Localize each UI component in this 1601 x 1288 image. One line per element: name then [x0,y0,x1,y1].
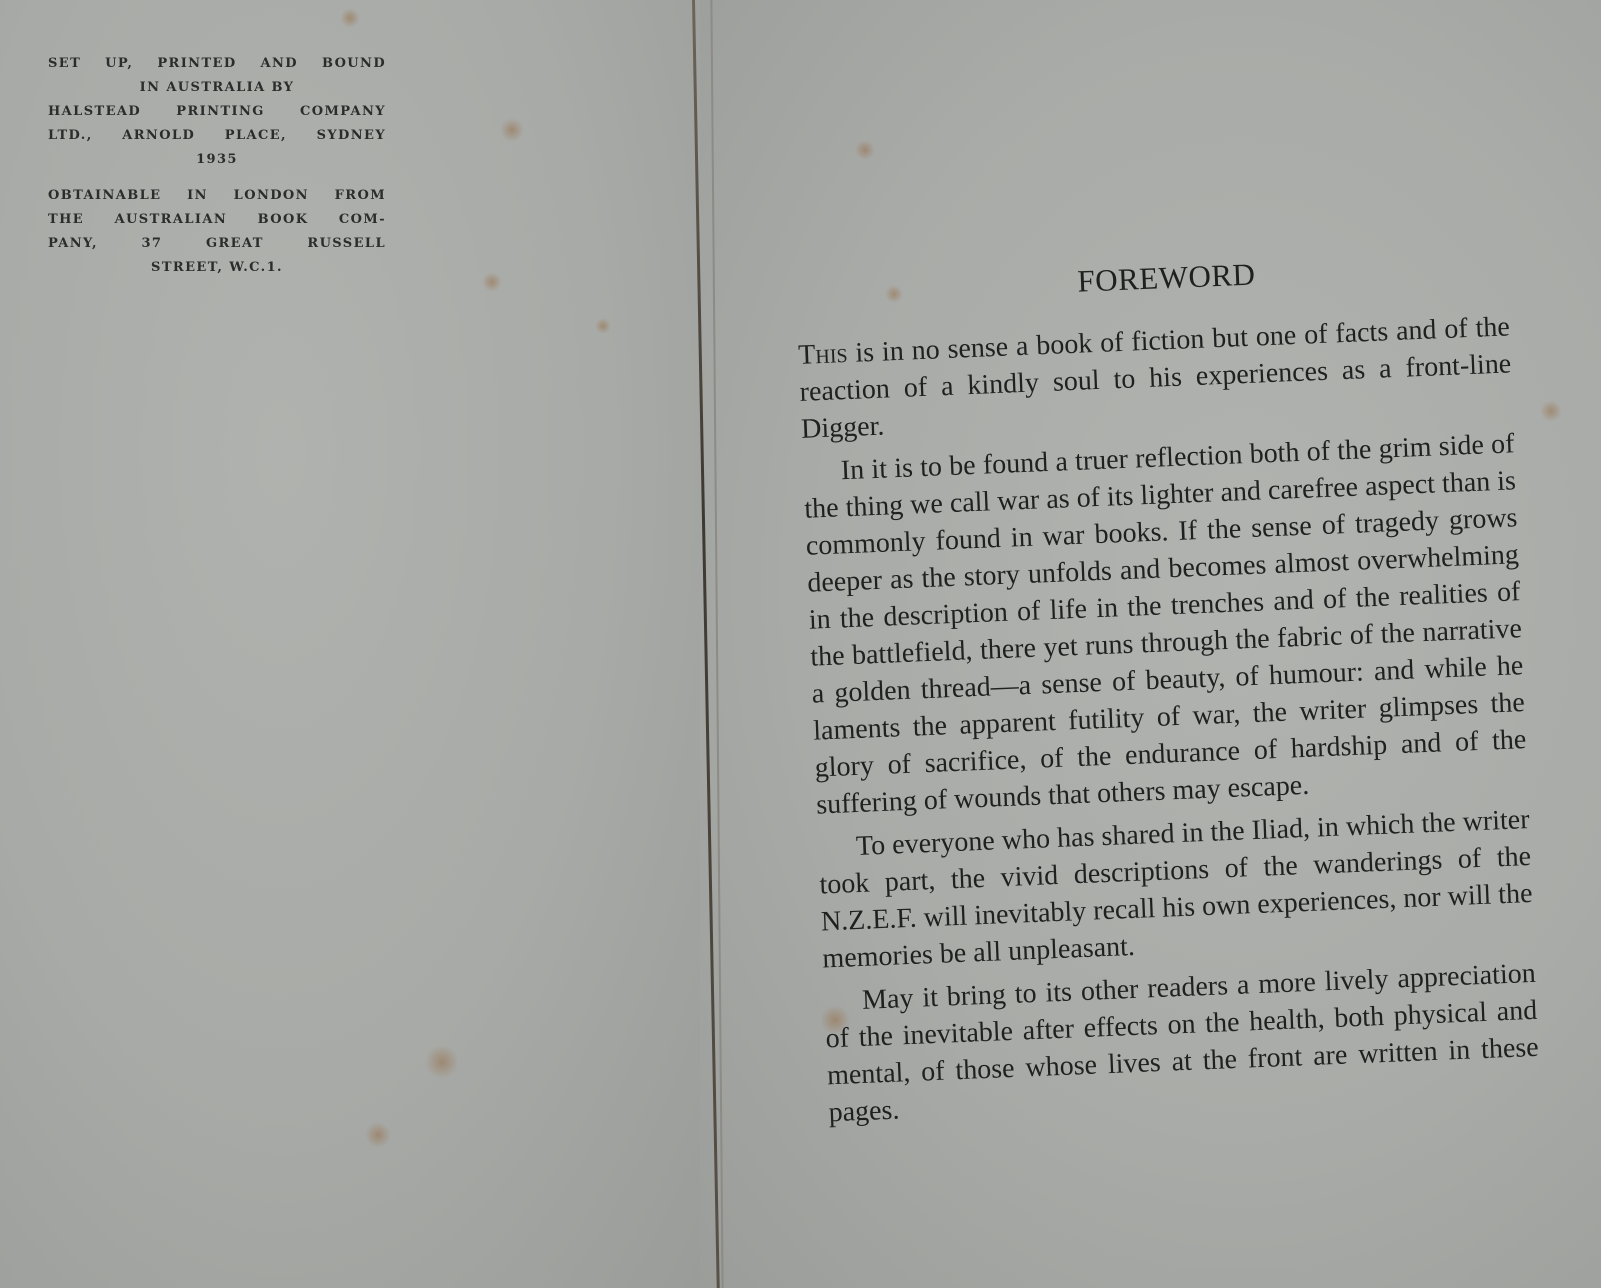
imprint-line: STREET, W.C.1. [48,256,386,280]
foxing-spot [595,318,611,334]
book-spread: SET UP, PRINTED AND BOUND IN AUSTRALIA B… [0,0,1601,1288]
imprint-line: OBTAINABLE IN LONDON FROM [48,184,386,208]
foreword-paragraph: To everyone who has shared in the Iliad,… [817,801,1534,977]
foxing-spot [1540,400,1562,422]
foxing-spot [482,272,502,292]
left-page: SET UP, PRINTED AND BOUND IN AUSTRALIA B… [0,0,700,1288]
foxing-spot [855,140,875,160]
foxing-spot [425,1045,459,1079]
imprint-line: HALSTEAD PRINTING COMPANY [48,100,386,124]
printer-imprint: SET UP, PRINTED AND BOUND IN AUSTRALIA B… [48,52,386,292]
foreword-paragraph: May it bring to its other readers a more… [823,955,1540,1131]
foreword: FOREWORD This is in no sense a book of f… [795,246,1541,1137]
foxing-spot [500,118,524,142]
foxing-spot [365,1122,391,1148]
lead-word: This [798,338,849,371]
imprint-line: SET UP, PRINTED AND BOUND [48,52,386,76]
imprint-line: IN AUSTRALIA BY [48,76,386,100]
printer-block: SET UP, PRINTED AND BOUND IN AUSTRALIA B… [48,52,386,172]
foreword-paragraph: In it is to be found a truer reflection … [802,425,1528,823]
distributor-block: OBTAINABLE IN LONDON FROM THE AUSTRALIAN… [48,184,386,280]
paragraph-text: is in no sense a book of fiction but one… [799,311,1512,444]
imprint-line: THE AUSTRALIAN BOOK COM- [48,208,386,232]
imprint-line: PANY, 37 GREAT RUSSELL [48,232,386,256]
foxing-spot [340,8,360,28]
imprint-line: LTD., ARNOLD PLACE, SYDNEY [48,124,386,148]
foreword-paragraph: This is in no sense a book of fiction bu… [797,308,1513,447]
imprint-year: 1935 [48,148,386,172]
